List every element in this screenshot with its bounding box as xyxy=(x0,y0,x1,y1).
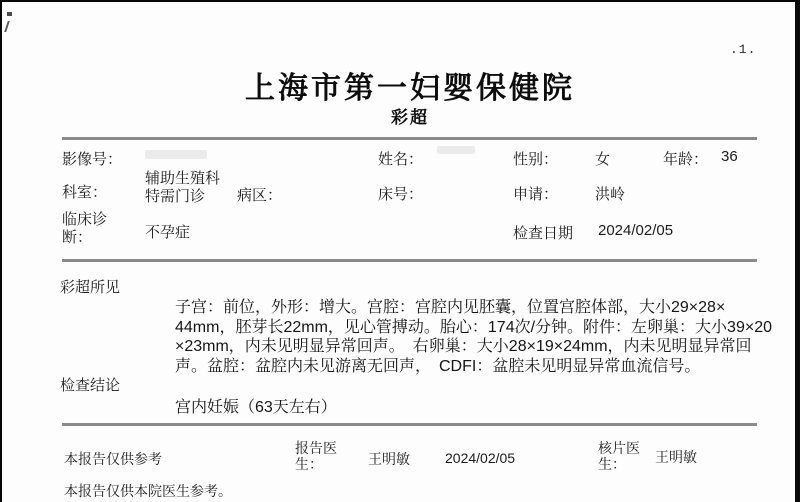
exam-date-value: 2024/02/05 xyxy=(598,222,673,239)
findings-line: 44mm，胚芽长22mm，见心管搏动。胎心：174次/分钟。附件：左卵巢：大小3… xyxy=(175,318,753,338)
requester-value: 洪岭 xyxy=(595,183,625,204)
name-label: 姓名： xyxy=(378,148,423,169)
disclaimer-hospital-doctors-only: 本报告仅供本院医生参考。 xyxy=(64,481,232,501)
findings-text: 子宫：前位，外形：增大。宫腔：宫腔内见胚囊，位置宫腔体部，大小29×28× 44… xyxy=(175,298,753,376)
dept-value: 辅助生殖科特需门诊 xyxy=(145,170,223,206)
scan-artifact-slash xyxy=(4,21,10,32)
report-doctor-name: 王明敏 xyxy=(368,449,410,469)
findings-line: ×23mm，内未见明显异常回声。 右卵巢：大小28×19×24mm，内未见明显异… xyxy=(175,337,753,357)
findings-line: 子宫：前位，外形：增大。宫腔：宫腔内见胚囊，位置宫腔体部，大小29×28× xyxy=(175,298,753,318)
clinical-diagnosis-value: 不孕症 xyxy=(145,221,190,242)
report-date: 2024/02/05 xyxy=(445,450,515,466)
report-doctor-label: 报告医生： xyxy=(295,440,347,472)
footer-divider xyxy=(62,423,757,426)
page-edge-top xyxy=(0,0,796,2)
page-edge-left xyxy=(0,0,2,502)
info-divider xyxy=(62,259,757,262)
conclusion-text: 宫内妊娠（63天左右） xyxy=(175,394,337,417)
age-label: 年龄： xyxy=(663,148,708,169)
conclusion-section-label: 检查结论 xyxy=(60,374,120,395)
ward-label: 病区： xyxy=(237,184,282,205)
gender-value: 女 xyxy=(595,148,610,169)
image-no-redacted-value xyxy=(145,150,207,159)
age-value: 36 xyxy=(721,148,738,165)
gender-label: 性别： xyxy=(513,148,558,169)
review-doctor-name: 王明敏 xyxy=(655,447,697,467)
name-redacted-value xyxy=(437,146,475,154)
requester-label: 申请： xyxy=(513,183,558,204)
disclaimer-reference-only: 本报告仅供参考 xyxy=(64,449,162,469)
findings-line: 声。盆腔：盆腔内未见游离无回声， CDFI：盆腔未见明显异常血流信号。 xyxy=(175,357,753,377)
report-page: .1. 上海市第一妇婴保健院 彩超 影像号： 姓名： 性别： 女 年龄： 36 … xyxy=(0,0,800,502)
header-divider xyxy=(62,137,757,140)
clinical-diagnosis-label: 临床诊断： xyxy=(62,211,118,247)
page-edge-right xyxy=(795,0,800,502)
report-type-subtitle: 彩超 xyxy=(30,103,790,128)
findings-section-label: 彩超所见 xyxy=(60,276,120,297)
scan-artifact-dot xyxy=(7,12,12,16)
image-no-label: 影像号： xyxy=(62,148,122,169)
page-number: .1. xyxy=(730,42,770,57)
bed-label: 床号： xyxy=(378,183,423,204)
dept-label: 科室： xyxy=(62,181,107,202)
review-doctor-label: 核片医生： xyxy=(598,440,650,472)
exam-date-label: 检查日期 xyxy=(513,222,573,243)
hospital-title: 上海市第一妇婴保健院 xyxy=(30,63,790,107)
